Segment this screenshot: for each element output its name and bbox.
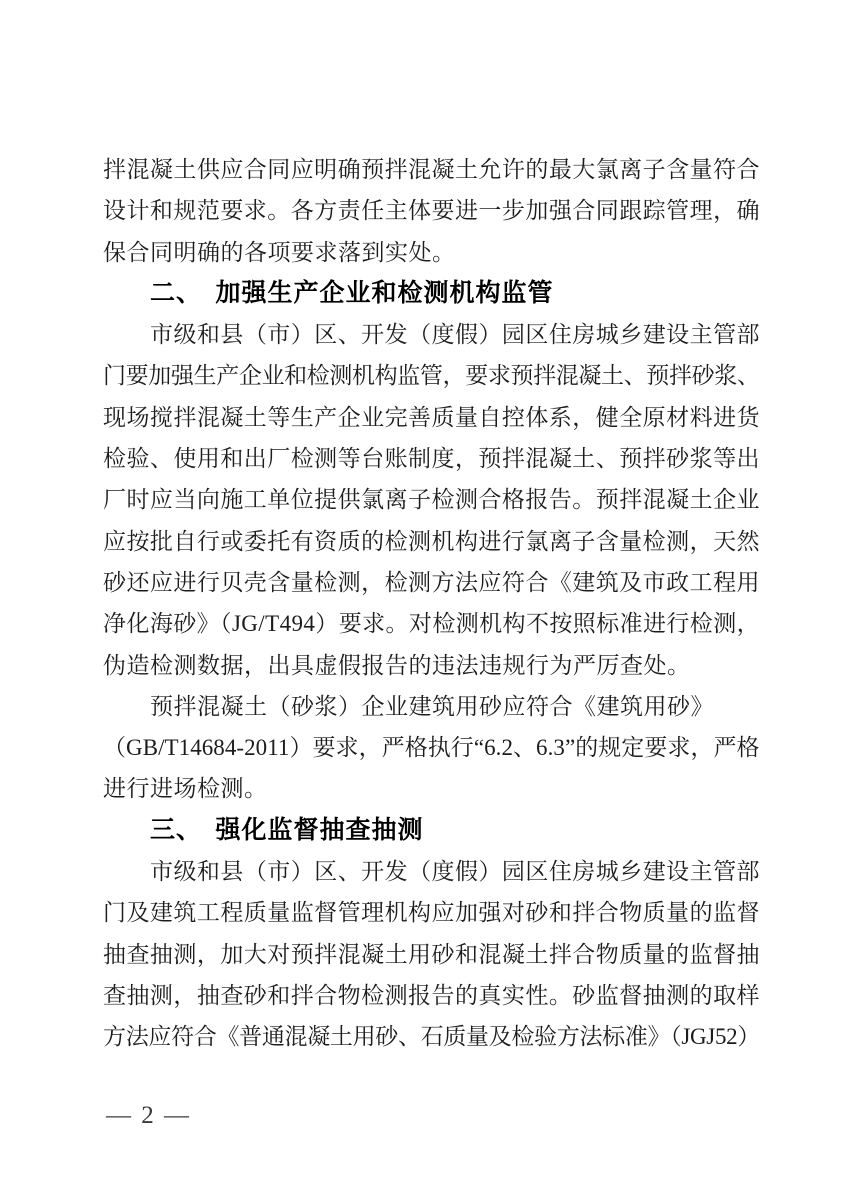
text-line: （GB/T14684-2011）要求，严格执行“6.2、6.3”的规定要求，严格 [103, 727, 760, 768]
text-line: 检验、使用和出厂检测等台账制度，预拌混凝土、预拌砂浆等出 [103, 438, 760, 479]
text-line: 门及建筑工程质量监督管理机构应加强对砂和拌合物质量的监督 [103, 892, 760, 933]
text-line: 门要加强生产企业和检测机构监管，要求预拌混凝土、预拌砂浆、 [103, 355, 760, 396]
page-number: — 2 — [106, 1100, 191, 1132]
text-line: 查抽测，抽查砂和拌合物检测报告的真实性。砂监督抽测的取样 [103, 975, 760, 1016]
section-heading: 三、 强化监督抽查抽测 [103, 810, 760, 851]
text-line: 保合同明确的各项要求落到实处。 [103, 232, 760, 273]
text-line: 砂还应进行贝壳含量检测，检测方法应符合《建筑及市政工程用 [103, 562, 760, 603]
text-line: 抽查抽测，加大对预拌混凝土用砂和混凝土拌合物质量的监督抽 [103, 934, 760, 975]
text-line: 应按批自行或委托有资质的检测机构进行氯离子含量检测，天然 [103, 521, 760, 562]
text-line: 净化海砂》（JG/T494）要求。对检测机构不按照标准进行检测， [103, 603, 760, 644]
document-body: 拌混凝土供应合同应明确预拌混凝土允许的最大氯离子含量符合设计和规范要求。各方责任… [103, 149, 760, 1058]
text-line: 进行进场检测。 [103, 768, 760, 809]
text-line: 伪造检测数据，出具虚假报告的违法违规行为严厉查处。 [103, 645, 760, 686]
text-line: 方法应符合《普通混凝土用砂、石质量及检验方法标准》（JGJ52） [103, 1016, 760, 1057]
text-line: 拌混凝土供应合同应明确预拌混凝土允许的最大氯离子含量符合 [103, 149, 760, 190]
text-line: 设计和规范要求。各方责任主体要进一步加强合同跟踪管理，确 [103, 190, 760, 231]
text-line: 现场搅拌混凝土等生产企业完善质量自控体系，健全原材料进货 [103, 397, 760, 438]
text-line: 厂时应当向施工单位提供氯离子检测合格报告。预拌混凝土企业 [103, 479, 760, 520]
section-heading: 二、 加强生产企业和检测机构监管 [103, 273, 760, 314]
document-page: 拌混凝土供应合同应明确预拌混凝土允许的最大氯离子含量符合设计和规范要求。各方责任… [0, 0, 849, 1200]
text-line: 预拌混凝土（砂浆）企业建筑用砂应符合《建筑用砂》 [103, 686, 760, 727]
text-line: 市级和县（市）区、开发（度假）园区住房城乡建设主管部 [103, 851, 760, 892]
text-line: 市级和县（市）区、开发（度假）园区住房城乡建设主管部 [103, 314, 760, 355]
